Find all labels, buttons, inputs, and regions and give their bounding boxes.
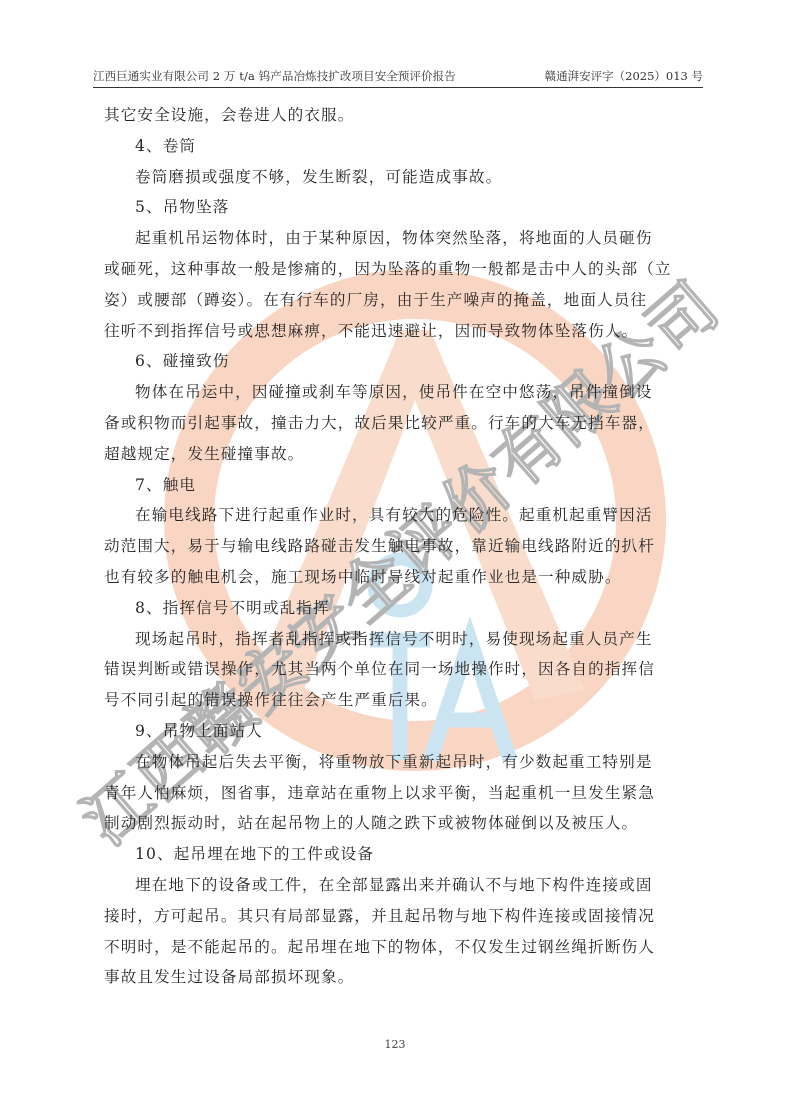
paragraph-line: 事故且发生过设备局部损坏现象。 (104, 962, 704, 993)
paragraph-line: 现场起吊时，指挥者乱指挥或指挥信号不明时，易使现场起重人员产生 (104, 624, 704, 655)
document-number: 赣通湃安评字（2025）013 号 (545, 68, 703, 84)
section-heading: 7、触电 (104, 470, 704, 501)
paragraph-line: 埋在地下的设备或工件，在全部显露出来并确认不与地下构件连接或固 (104, 870, 704, 901)
paragraph-line: 不明时，是不能起吊的。起吊埋在地下的物体，不仅发生过钢丝绳折断伤人 (104, 932, 704, 963)
section-heading: 9、吊物上面站人 (104, 716, 704, 747)
page-header: 江西巨通实业有限公司 2 万 t/a 钨产品冶炼技扩改项目安全预评价报告 赣通湃… (93, 65, 703, 88)
paragraph-line: 青年人怕麻烦，图省事，违章站在重物上以求平衡，当起重机一旦发生紧急 (104, 778, 704, 809)
section-heading: 6、碰撞致伤 (104, 346, 704, 377)
paragraph-line: 或砸死，这种事故一般是惨痛的，因为坠落的重物一般都是击中人的头部（立 (104, 254, 704, 285)
paragraph-line: 制动剧烈振动时，站在起吊物上的人随之跌下或被物体碰倒以及被压人。 (104, 808, 704, 839)
paragraph-line: 物体在吊运中，因碰撞或刹车等原因，使吊件在空中悠荡，吊件撞倒设 (104, 377, 704, 408)
paragraph-line: 往听不到指挥信号或思想麻痹，不能迅速避让，因而导致物体坠落伤人。 (104, 316, 704, 347)
paragraph-line: 错误判断或错误操作，尤其当两个单位在同一场地操作时，因各自的指挥信 (104, 654, 704, 685)
paragraph-line: 号不同引起的错误操作往往会产生严重后果。 (104, 685, 704, 716)
document-page: 江西赣安安全评价有限公司 江西巨通实业有限公司 2 万 t/a 钨产品冶炼技扩改… (0, 0, 790, 1117)
paragraph-line: 在物体吊起后失去平衡，将重物放下重新起吊时，有少数起重工特别是 (104, 747, 704, 778)
section-heading: 5、吊物坠落 (104, 192, 704, 223)
section-heading: 10、起吊埋在地下的工件或设备 (104, 839, 704, 870)
body-content: 其它安全设施，会卷进人的衣服。 4、卷筒 卷筒磨损或强度不够，发生断裂，可能造成… (104, 100, 704, 993)
paragraph-line: 也有较多的触电机会，施工现场中临时导线对起重作业也是一种威胁。 (104, 562, 704, 593)
paragraph-line: 卷筒磨损或强度不够，发生断裂，可能造成事故。 (104, 162, 704, 193)
paragraph-line: 动范围大，易于与输电线路路碰击发生触电事故，靠近输电线路附近的扒杆 (104, 531, 704, 562)
page-number: 123 (0, 1038, 790, 1051)
paragraph-line: 超越规定，发生碰撞事故。 (104, 439, 704, 470)
paragraph-line: 在输电线路下进行起重作业时，具有较大的危险性。起重机起重臂因活 (104, 500, 704, 531)
paragraph-line: 姿）或腰部（蹲姿）。在有行车的厂房，由于生产噪声的掩盖，地面人员往 (104, 285, 704, 316)
section-heading: 8、指挥信号不明或乱指挥 (104, 593, 704, 624)
paragraph-line: 其它安全设施，会卷进人的衣服。 (104, 100, 704, 131)
section-heading: 4、卷筒 (104, 131, 704, 162)
paragraph-line: 起重机吊运物体时，由于某种原因，物体突然坠落，将地面的人员砸伤 (104, 223, 704, 254)
report-title: 江西巨通实业有限公司 2 万 t/a 钨产品冶炼技扩改项目安全预评价报告 (93, 68, 456, 84)
paragraph-line: 备或积物而引起事故，撞击力大，故后果比较严重。行车的大车无挡车器， (104, 408, 704, 439)
paragraph-line: 接时，方可起吊。其只有局部显露，并且起吊物与地下构件连接或固接情况 (104, 901, 704, 932)
